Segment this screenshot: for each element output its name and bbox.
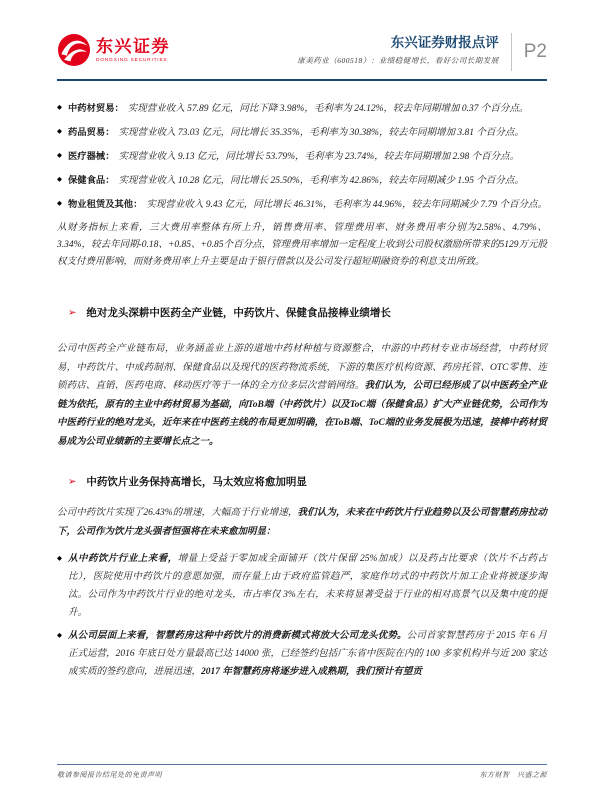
- section-arrow-icon: ➢: [68, 477, 76, 488]
- list-item: ◆保健食品：实现营业收入 10.28 亿元，同比增长 25.50%，毛利率为 4…: [57, 172, 547, 189]
- page-header: 东兴证券 DONGXING SECURITIES 东兴证券财报点评 康美药业（6…: [0, 0, 596, 71]
- diamond-bullet-icon: ◆: [57, 550, 62, 568]
- segment-text: 实现营业收入 57.89 亿元，同比下降 3.98%，毛利率为 24.12%，较…: [128, 104, 529, 114]
- logo-text: 东兴证券 DONGXING SECURITIES: [96, 38, 170, 63]
- diamond-bullet-icon: ◆: [57, 172, 62, 188]
- header-title-block: 东兴证券财报点评 康美药业（600518）：业绩稳健增长，看好公司长期发展: [297, 35, 511, 66]
- page-number-box: P2: [511, 33, 547, 71]
- analysis-bullets-list: ◆从中药饮片行业上来看，增量上受益于零加成全面铺开（饮片保留 25%加成）以及药…: [57, 550, 547, 681]
- page-footer: 敬请参阅报告结尾处的免责声明 东方财智 兴盛之源: [57, 764, 547, 780]
- diamond-bullet-icon: ◆: [57, 196, 62, 212]
- list-item: ◆从中药饮片行业上来看，增量上受益于零加成全面铺开（饮片保留 25%加成）以及药…: [57, 550, 547, 622]
- list-item: ◆药品贸易：实现营业收入 73.03 亿元，同比增长 35.35%，毛利率为 3…: [57, 124, 547, 141]
- dongxing-logo: 东兴证券 DONGXING SECURITIES: [57, 33, 170, 67]
- section-heading-decoction-pieces: ➢ 中药饮片业务保持高增长，马太效应将愈加明显: [57, 474, 547, 489]
- segment-label: 物业租赁及其他：: [68, 199, 146, 209]
- report-series-title: 东兴证券财报点评: [297, 35, 499, 51]
- section-heading-text: 绝对龙头深耕中医药全产业链，中药饮片、保健食品接棒业绩增长: [86, 305, 391, 320]
- list-item: ◆物业租赁及其他：实现营业收入 9.43 亿元，同比增长 46.31%，毛利率为…: [57, 196, 547, 213]
- segment-label: 药品贸易：: [68, 127, 119, 137]
- section-arrow-icon: ➢: [68, 308, 76, 319]
- report-body: ◆中药材贸易：实现营业收入 57.89 亿元，同比下降 3.98%，毛利率为 2…: [0, 81, 596, 681]
- diamond-bullet-icon: ◆: [57, 124, 62, 140]
- diamond-bullet-icon: ◆: [57, 627, 62, 645]
- analysis-bullet-text: 从中药饮片行业上来看，增量上受益于零加成全面铺开（饮片保留 25%加成）以及药占…: [68, 554, 547, 618]
- segment-results-list: ◆中药材贸易：实现营业收入 57.89 亿元，同比下降 3.98%，毛利率为 2…: [57, 100, 547, 213]
- list-item: ◆医疗器械：实现营业收入 9.13 亿元，同比增长 53.79%，毛利率为 23…: [57, 148, 547, 165]
- segment-text: 实现营业收入 9.13 亿元，同比增长 53.79%，毛利率为 23.74%，较…: [119, 152, 520, 162]
- list-item: ◆中药材贸易：实现营业收入 57.89 亿元，同比下降 3.98%，毛利率为 2…: [57, 100, 547, 117]
- diamond-bullet-icon: ◆: [57, 148, 62, 164]
- report-subtitle: 康美药业（600518）：业绩稳健增长，看好公司长期发展: [297, 55, 499, 66]
- segment-label: 医疗器械：: [68, 151, 119, 161]
- analysis-bullet-text: 从公司层面上来看，智慧药房这种中药饮片的消费新模式将放大公司龙头优势。公司首家智…: [68, 631, 547, 677]
- page-number: P2: [524, 41, 547, 63]
- segment-label: 中药材贸易：: [68, 103, 128, 113]
- section-heading-text: 中药饮片业务保持高增长，马太效应将愈加明显: [86, 474, 307, 489]
- footer-slogan: 东方财智 兴盛之源: [480, 770, 548, 780]
- segment-text: 实现营业收入 73.03 亿元，同比增长 35.35%，毛利率为 30.38%，…: [119, 128, 524, 138]
- finance-metrics-paragraph: 从财务指标上来看，三大费用率整体有所上升，销售费用率、管理费用率、财务费用率分别…: [57, 220, 547, 271]
- list-item: ◆从公司层面上来看，智慧药房这种中药饮片的消费新模式将放大公司龙头优势。公司首家…: [57, 627, 547, 681]
- logo-name-en: DONGXING SECURITIES: [96, 58, 170, 63]
- dongxing-logo-icon: [57, 33, 91, 67]
- segment-text: 实现营业收入 9.43 亿元，同比增长 46.31%，毛利率为 44.96%，较…: [146, 200, 547, 210]
- segment-label: 保健食品：: [68, 175, 119, 185]
- industry-chain-paragraph: 公司中医药全产业链布局，业务涵盖业上游的道地中药材种植与资源整合，中游的中药材专…: [57, 340, 547, 451]
- logo-name-cn: 东兴证券: [96, 38, 170, 55]
- report-page: 东兴证券 DONGXING SECURITIES 东兴证券财报点评 康美药业（6…: [0, 0, 596, 808]
- diamond-bullet-icon: ◆: [57, 100, 62, 116]
- section-heading-industry-chain: ➢ 绝对龙头深耕中医药全产业链，中药饮片、保健食品接棒业绩增长: [57, 305, 547, 320]
- decoction-growth-paragraph: 公司中药饮片实现了26.43%的增速，大幅高于行业增速，我们认为，未来在中药饮片…: [57, 504, 547, 541]
- segment-text: 实现营业收入 10.28 亿元，同比增长 25.50%，毛利率为 42.86%，…: [119, 176, 524, 186]
- footer-disclaimer: 敬请参阅报告结尾处的免责声明: [57, 770, 162, 780]
